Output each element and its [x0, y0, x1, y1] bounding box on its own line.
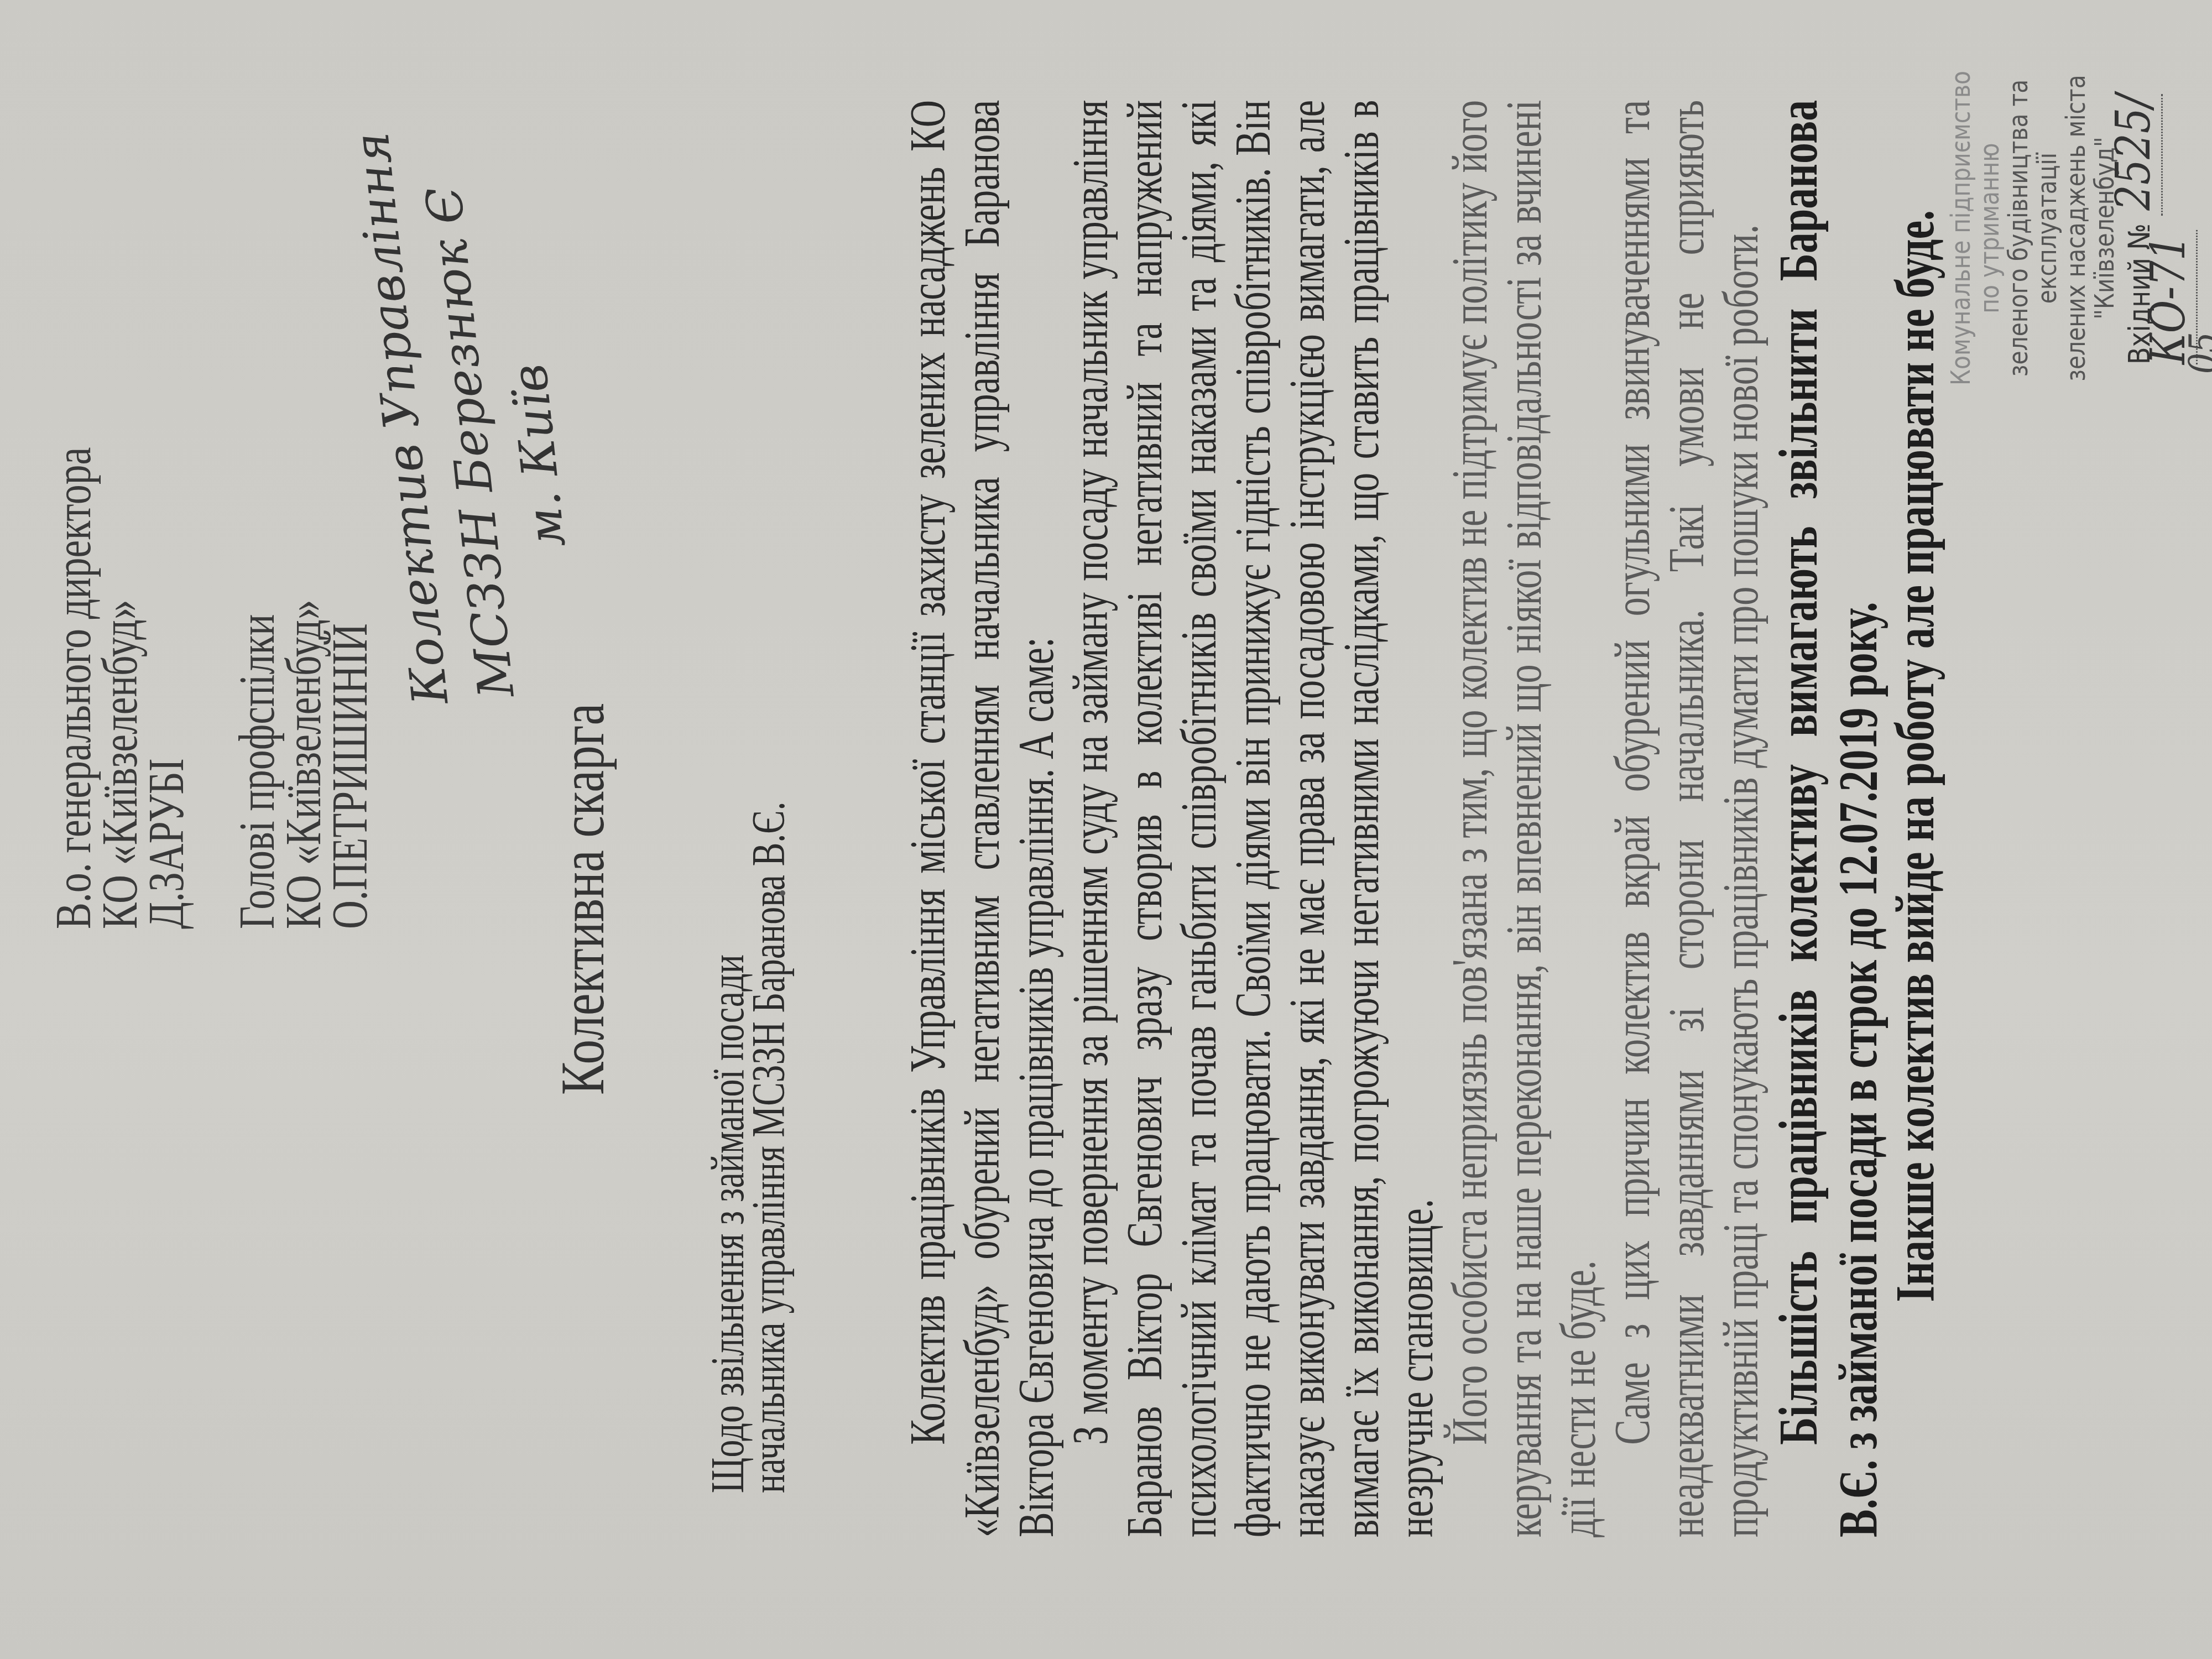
stamp-incoming: Вхідний № 2525/КО-71 [2119, 64, 2189, 393]
stamp-date: 05 [2189, 64, 2212, 393]
addressee-line: Голові профспілки [233, 447, 280, 929]
addressee-block: В.о. генерального директора КО «Київзеле… [50, 447, 373, 929]
addressee-line: О.ПЕТРИШИНІЙ [326, 447, 373, 929]
ultimatum-paragraph: Інакше колектив вийде на роботу але прац… [1888, 100, 1942, 1537]
body-paragraph: Саме з цих причин колектив вкрай обурени… [1606, 100, 1768, 1537]
subject-block: Щодо звільнення з займаної посади началь… [708, 802, 790, 1493]
letter-body: Колектив працівників Управління міської … [901, 100, 1942, 1537]
stamp-line: зеленого будівництва та експлуатації [2004, 64, 2062, 393]
addressee-line: В.о. генерального директора [50, 447, 96, 929]
addressee-line: КО «Київзеленбуд» [96, 447, 143, 929]
stamp-line: зелених насаджень міста [2062, 64, 2090, 393]
addressee-line: КО «Київзеленбуд» [280, 447, 326, 929]
body-paragraph: Колектив працівників Управління міської … [901, 100, 1064, 1537]
scan-speck [780, 890, 785, 896]
stamp-header: Комунальне підприємство по утриманню [1947, 64, 2004, 393]
body-paragraph: З моменту повернення за рішенням суду на… [1064, 100, 1443, 1537]
document-title: Колективна скарга [547, 703, 619, 1095]
demand-paragraph: Більшість працівників колективу вимагают… [1768, 100, 1888, 1537]
subject-line: начальника управління МСЗЗН Баранова В.Є… [749, 802, 790, 1493]
registration-stamp: Комунальне підприємство по утриманню зел… [1947, 64, 2212, 393]
body-paragraph: Його особиста неприязнь пов'язана з тим,… [1443, 100, 1606, 1537]
subject-line: Щодо звільнення з займаної посади [708, 802, 749, 1493]
scanned-letter-page: В.о. генерального директора КО «Київзеле… [0, 0, 2212, 1659]
addressee-line: Д.ЗАРУБІ [143, 447, 189, 929]
